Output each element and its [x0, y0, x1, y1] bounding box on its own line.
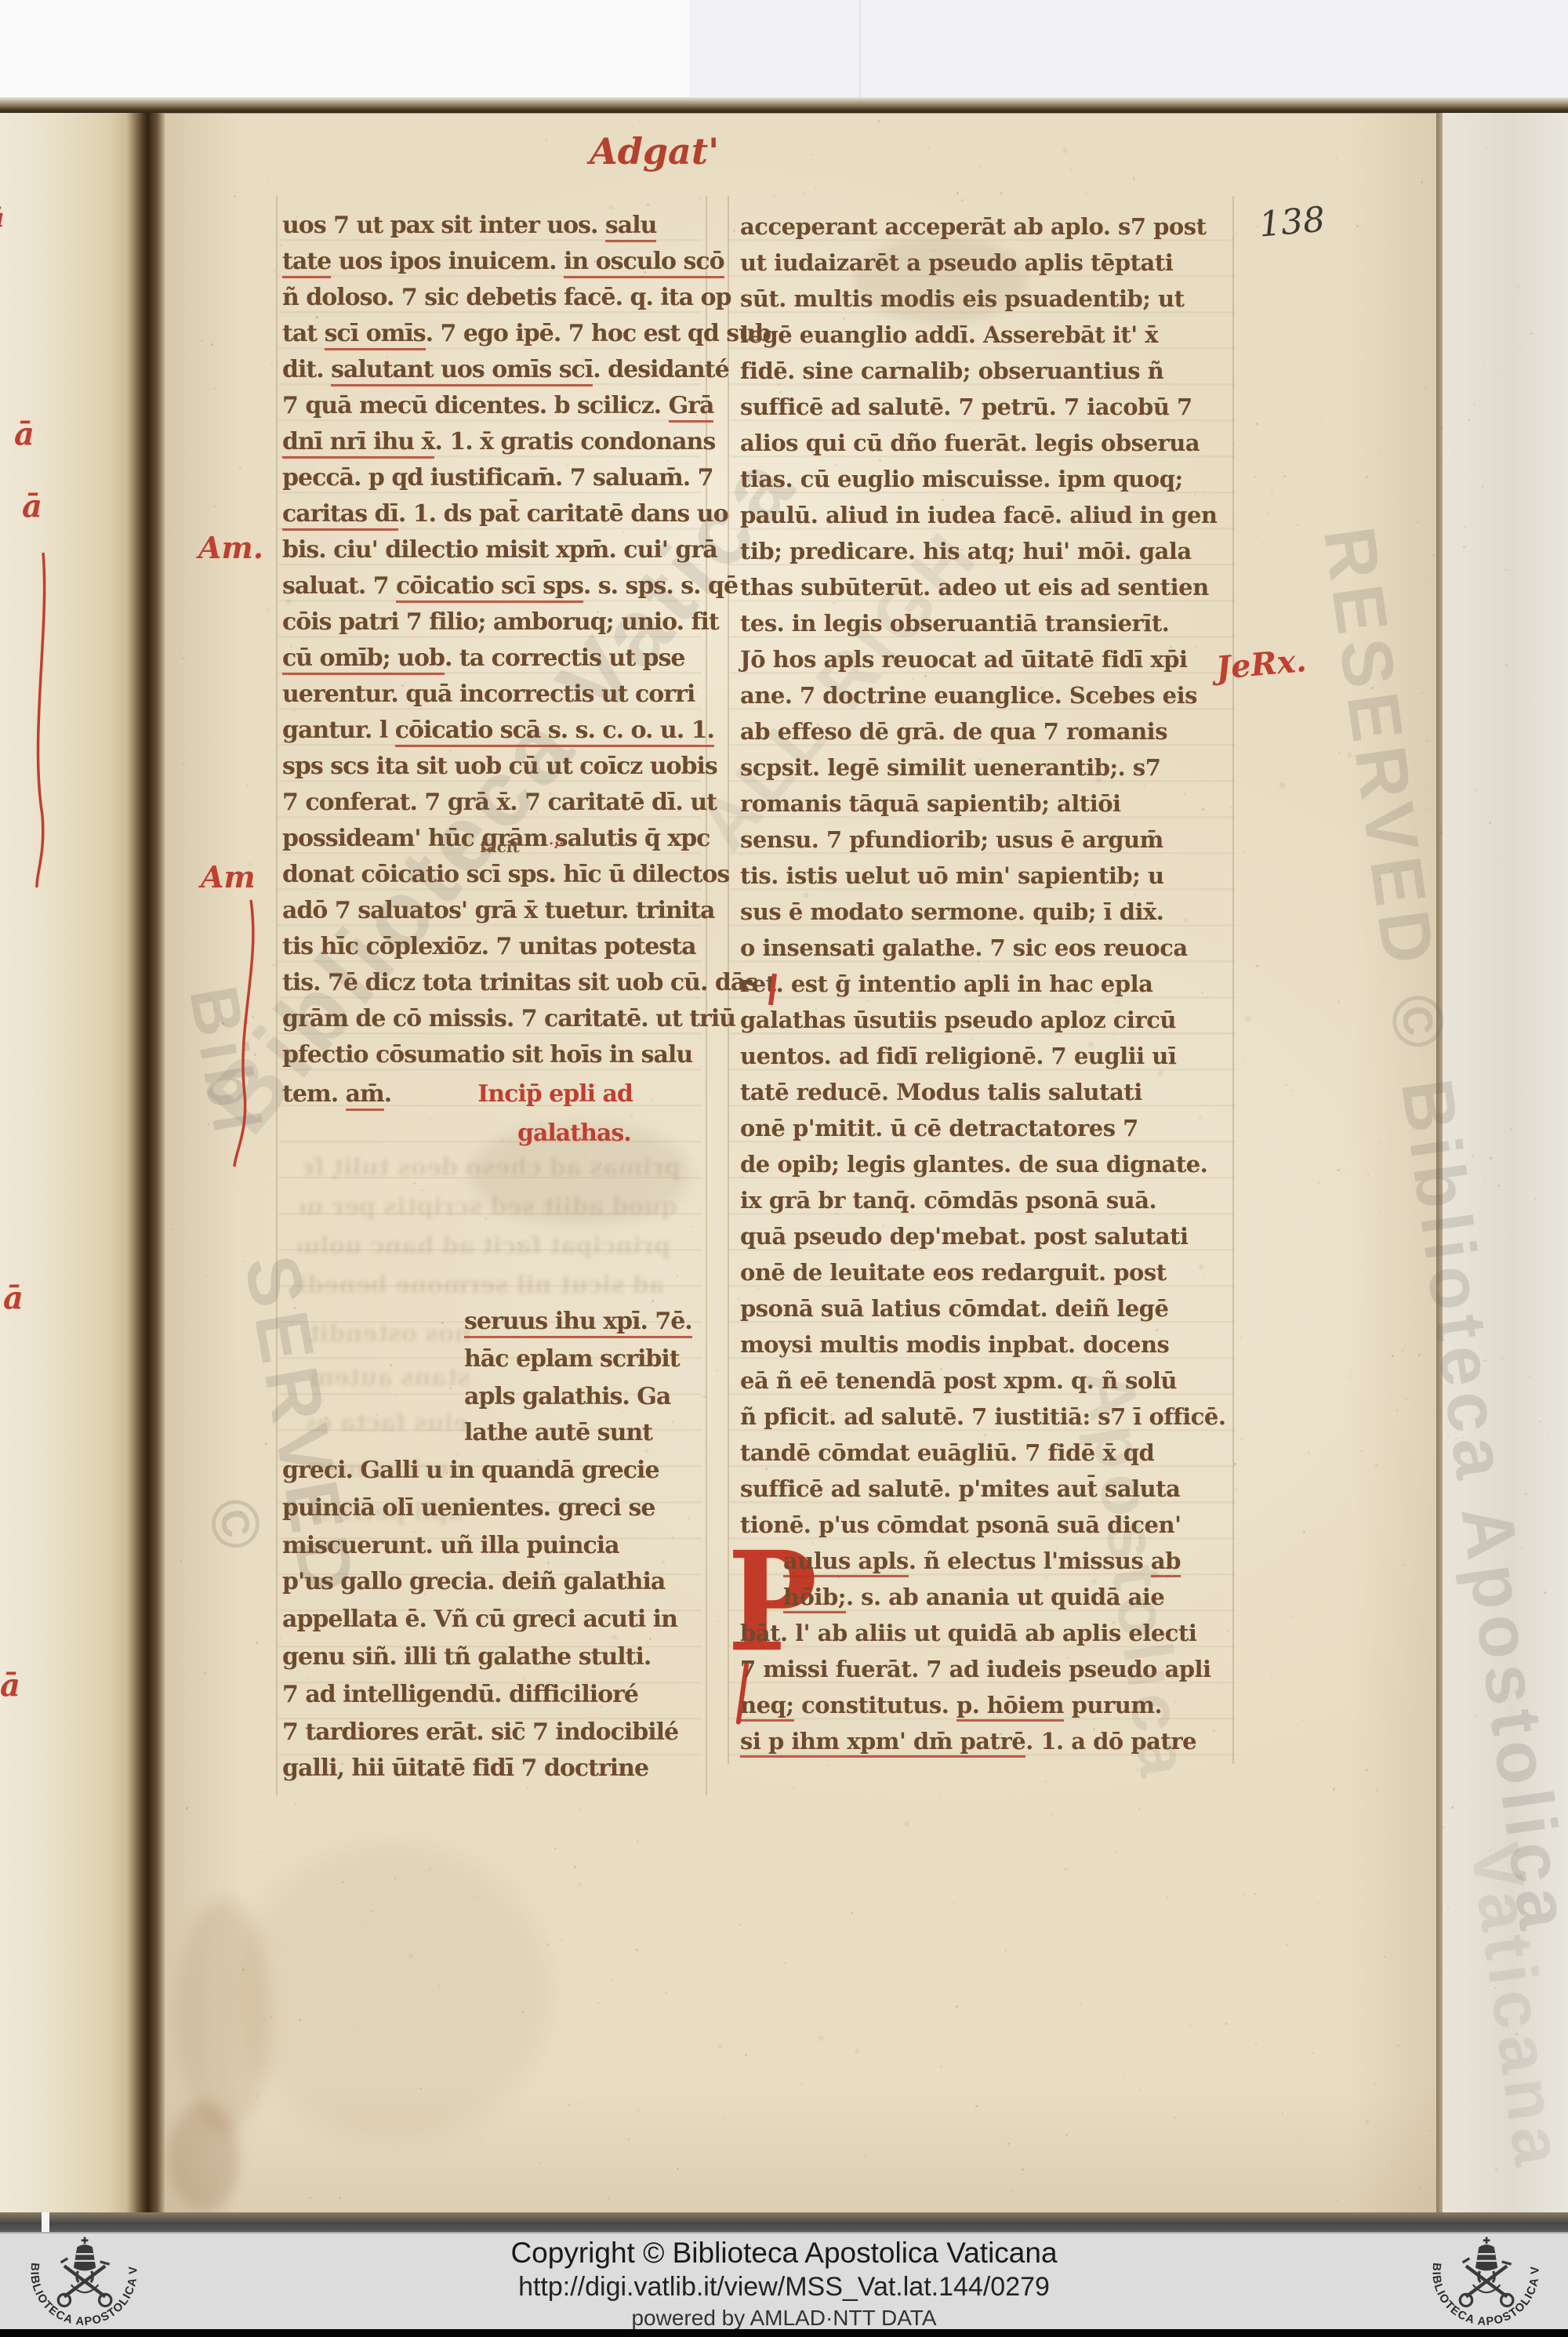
manuscript-scan-page: Adgat' 138 P Copyright © Biblioteca Apos… [0, 0, 1568, 2337]
red-pen-strokes [0, 0, 1568, 2337]
page-edge-sliver [42, 2212, 49, 2232]
red-stroke-on-est [771, 974, 775, 1005]
photo-bottom-shadow [0, 2212, 1568, 2232]
papal-tiara [74, 2237, 96, 2282]
edge-squiggle-line [37, 553, 45, 887]
footer-powered-by-text: powered by AMLAD·NTT DATA [0, 2306, 1568, 2331]
logo-ring-textpath: BIBLIOTECA APOSTOLICA VATICANA [9, 2234, 140, 2328]
footer-url-text: http://digi.vatlib.it/view/MSS_Vat.lat.1… [0, 2272, 1568, 2303]
papal-tiara [1475, 2237, 1497, 2282]
marginal-squiggle-line [234, 900, 253, 1167]
logo-ring-text: BIBLIOTECA APOSTOLICA VATICANA [1411, 2234, 1542, 2328]
logo-ring-text: BIBLIOTECA APOSTOLICA VATICANA [9, 2234, 140, 2328]
copyright-footer: Copyright © Biblioteca Apostolica Vatica… [0, 2232, 1568, 2331]
bottom-black-bar [0, 2329, 1568, 2337]
logo-ring-textpath: BIBLIOTECA APOSTOLICA VATICANA [1411, 2234, 1542, 2328]
vatican-library-logo-left: BIBLIOTECA APOSTOLICA VATICANA [9, 2234, 158, 2329]
vatican-library-logo-right: BIBLIOTECA APOSTOLICA VATICANA [1411, 2234, 1560, 2329]
footer-copyright-text: Copyright © Biblioteca Apostolica Vatica… [0, 2237, 1568, 2270]
